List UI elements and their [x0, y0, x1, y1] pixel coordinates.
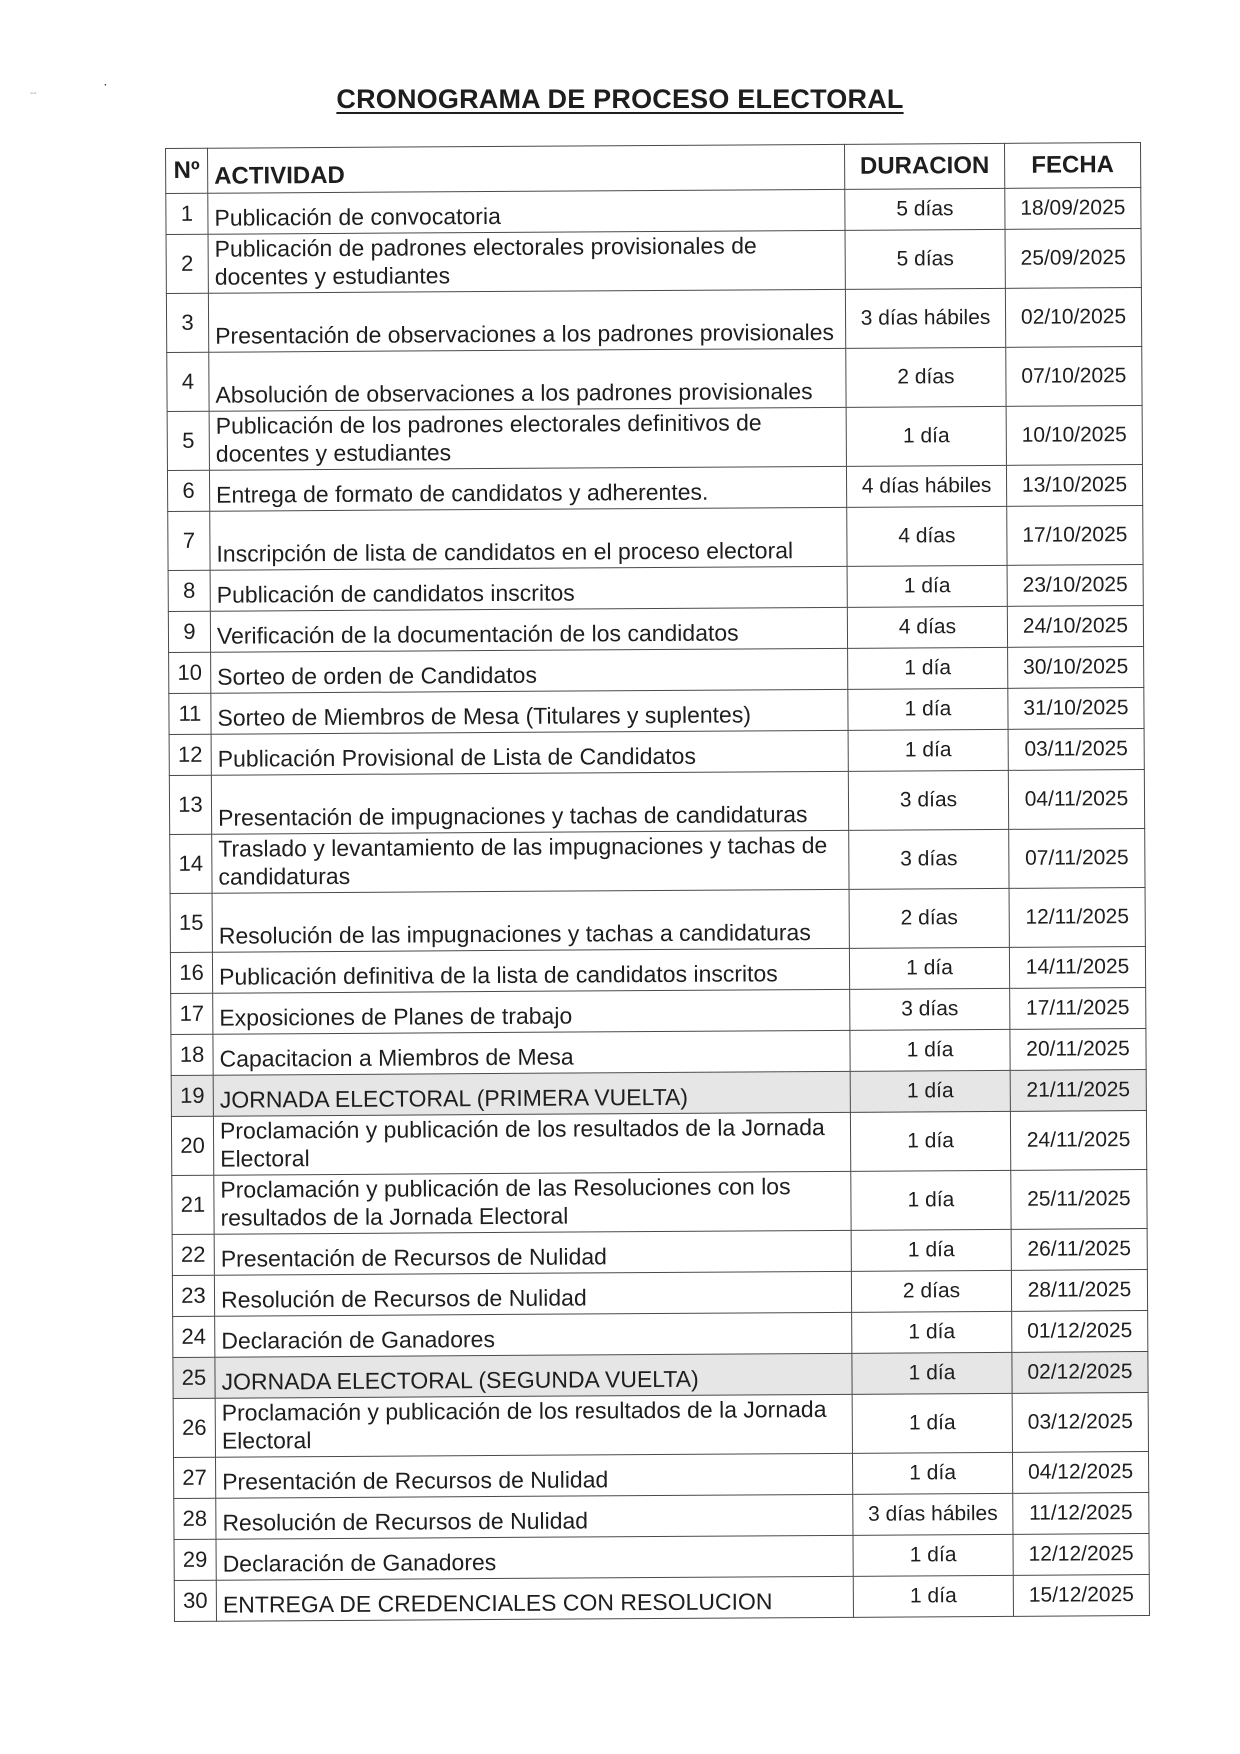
row-date: 12/12/2025	[1013, 1534, 1149, 1576]
row-date: 14/11/2025	[1009, 947, 1145, 989]
table-row: 26Proclamación y publicación de los resu…	[173, 1393, 1148, 1458]
row-date: 26/11/2025	[1011, 1229, 1147, 1271]
row-number: 26	[173, 1398, 215, 1457]
row-duration: 1 día	[849, 947, 1009, 989]
row-number: 12	[169, 734, 211, 775]
row-number: 6	[167, 470, 209, 511]
row-activity: Proclamación y publicación de las Resolu…	[214, 1171, 851, 1234]
row-activity: Traslado y levantamiento de las impugnac…	[212, 830, 849, 893]
row-date: 28/11/2025	[1011, 1270, 1147, 1312]
row-duration: 2 días	[851, 1270, 1011, 1312]
row-number: 7	[168, 511, 210, 570]
row-duration: 1 día	[848, 688, 1008, 730]
row-number: 11	[169, 693, 211, 734]
row-date: 03/12/2025	[1012, 1393, 1148, 1453]
row-date: 10/10/2025	[1006, 406, 1142, 466]
row-activity: Absolución de observaciones a los padron…	[209, 348, 846, 411]
row-duration: 1 día	[852, 1393, 1012, 1453]
row-duration: 1 día	[850, 1029, 1010, 1071]
row-activity: Proclamación y publicación de los result…	[215, 1394, 852, 1457]
table-row: 2Publicación de padrones electorales pro…	[166, 229, 1141, 294]
row-date: 18/09/2025	[1005, 188, 1141, 230]
row-duration: 1 día	[851, 1229, 1011, 1271]
row-activity: Presentación de impugnaciones y tachas d…	[211, 771, 848, 834]
row-activity: Publicación de convocatoria	[208, 189, 845, 234]
row-duration: 4 días	[847, 506, 1007, 566]
table-row: 13Presentación de impugnaciones y tachas…	[169, 770, 1144, 835]
table-row: 17Exposiciones de Planes de trabajo3 día…	[171, 988, 1146, 1035]
row-activity: Publicación de padrones electorales prov…	[208, 230, 845, 293]
row-duration: 1 día	[853, 1575, 1013, 1617]
row-number: 28	[174, 1498, 216, 1539]
row-number: 18	[171, 1034, 213, 1075]
row-duration: 2 días	[849, 888, 1009, 948]
table-row: 1Publicación de convocatoria5 días18/09/…	[166, 188, 1141, 235]
row-activity: Inscripción de lista de candidatos en el…	[210, 507, 847, 570]
table-row: 29Declaración de Ganadores1 día12/12/202…	[174, 1534, 1149, 1581]
row-number: 27	[173, 1457, 215, 1498]
row-number: 21	[172, 1175, 214, 1234]
row-activity: Publicación Provisional de Lista de Cand…	[211, 730, 848, 775]
row-number: 19	[171, 1075, 213, 1116]
row-activity: Sorteo de orden de Candidatos	[211, 648, 848, 693]
row-date: 15/12/2025	[1013, 1575, 1149, 1617]
row-duration: 4 días hábiles	[846, 465, 1006, 507]
row-duration: 1 día	[852, 1311, 1012, 1353]
row-activity: Sorteo de Miembros de Mesa (Titulares y …	[211, 689, 848, 734]
table-row-highlighted: 19JORNADA ELECTORAL (PRIMERA VUELTA)1 dí…	[171, 1070, 1146, 1117]
document-title: CRONOGRAMA DE PROCESO ELECTORAL	[336, 84, 903, 114]
row-number: 15	[170, 893, 212, 952]
table-row: 30ENTREGA DE CREDENCIALES CON RESOLUCION…	[174, 1575, 1149, 1622]
row-number: 17	[171, 993, 213, 1034]
row-activity: Publicación de los padrones electorales …	[209, 407, 846, 470]
table-row: 24Declaración de Ganadores1 día01/12/202…	[173, 1311, 1148, 1358]
row-activity: Presentación de Recursos de Nulidad	[214, 1230, 851, 1275]
row-date: 12/11/2025	[1009, 888, 1145, 948]
row-number: 4	[167, 352, 209, 411]
row-duration: 1 día	[852, 1352, 1012, 1394]
table-row-highlighted: 25JORNADA ELECTORAL (SEGUNDA VUELTA)1 dí…	[173, 1352, 1148, 1399]
row-activity: Resolución de Recursos de Nulidad	[214, 1271, 851, 1316]
table-row: 18Capacitacion a Miembros de Mesa1 día20…	[171, 1029, 1146, 1076]
row-number: 30	[174, 1580, 216, 1621]
table-row: 6Entrega de formato de candidatos y adhe…	[167, 465, 1142, 512]
table-row: 4Absolución de observaciones a los padro…	[167, 347, 1142, 412]
table-row: 14Traslado y levantamiento de las impugn…	[170, 829, 1145, 894]
row-duration: 1 día	[848, 729, 1008, 771]
row-duration: 2 días	[846, 347, 1006, 407]
row-duration: 4 días	[847, 606, 1007, 648]
table-header-row: Nº ACTIVIDAD DURACION FECHA	[166, 143, 1141, 194]
header-date: FECHA	[1004, 143, 1140, 189]
row-date: 04/11/2025	[1008, 770, 1144, 830]
row-number: 3	[166, 293, 208, 352]
row-activity: Presentación de Recursos de Nulidad	[215, 1453, 852, 1498]
row-activity: Entrega de formato de candidatos y adher…	[209, 466, 846, 511]
row-number: 25	[173, 1357, 215, 1398]
row-duration: 3 días hábiles	[853, 1493, 1013, 1535]
row-number: 10	[169, 652, 211, 693]
row-date: 25/11/2025	[1011, 1170, 1147, 1230]
row-number: 24	[173, 1316, 215, 1357]
row-date: 03/11/2025	[1008, 729, 1144, 771]
row-duration: 1 día	[850, 1111, 1010, 1171]
table-row: 12Publicación Provisional de Lista de Ca…	[169, 729, 1144, 776]
row-activity: ENTREGA DE CREDENCIALES CON RESOLUCION	[216, 1576, 853, 1621]
row-duration: 1 día	[852, 1452, 1012, 1494]
row-activity: Resolución de las impugnaciones y tachas…	[212, 889, 849, 952]
table-row: 8Publicación de candidatos inscritos1 dí…	[168, 565, 1143, 612]
header-duration: DURACION	[844, 143, 1004, 189]
table-row: 15Resolución de las impugnaciones y tach…	[170, 888, 1145, 953]
row-activity: JORNADA ELECTORAL (SEGUNDA VUELTA)	[215, 1353, 852, 1398]
table-row: 10Sorteo de orden de Candidatos1 día30/1…	[169, 647, 1144, 694]
row-activity: Resolución de Recursos de Nulidad	[216, 1494, 853, 1539]
row-duration: 1 día	[848, 647, 1008, 689]
row-activity: Verificación de la documentación de los …	[210, 607, 847, 652]
table-row: 20Proclamación y publicación de los resu…	[171, 1111, 1146, 1176]
header-number: Nº	[166, 148, 208, 193]
row-duration: 1 día	[846, 406, 1006, 466]
row-date: 02/12/2025	[1012, 1352, 1148, 1394]
row-date: 17/11/2025	[1010, 988, 1146, 1030]
row-number: 14	[170, 834, 212, 893]
row-duration: 3 días	[850, 988, 1010, 1030]
document-title-container: CRONOGRAMA DE PROCESO ELECTORAL	[0, 84, 1240, 115]
row-duration: 1 día	[851, 1170, 1011, 1230]
row-duration: 5 días	[845, 229, 1005, 289]
row-activity: Exposiciones de Planes de trabajo	[213, 989, 850, 1034]
row-activity: Capacitacion a Miembros de Mesa	[213, 1030, 850, 1075]
row-activity: Declaración de Ganadores	[216, 1535, 853, 1580]
row-activity: Declaración de Ganadores	[215, 1312, 852, 1357]
row-date: 31/10/2025	[1008, 688, 1144, 730]
row-duration: 3 días hábiles	[845, 288, 1005, 348]
row-date: 20/11/2025	[1010, 1029, 1146, 1071]
row-duration: 1 día	[853, 1534, 1013, 1576]
row-number: 8	[168, 570, 210, 611]
row-date: 07/11/2025	[1009, 829, 1145, 889]
row-date: 30/10/2025	[1008, 647, 1144, 689]
row-date: 24/11/2025	[1010, 1111, 1146, 1171]
row-activity: Publicación definitiva de la lista de ca…	[212, 948, 849, 993]
row-date: 02/10/2025	[1005, 288, 1141, 348]
row-duration: 1 día	[847, 565, 1007, 607]
row-number: 1	[166, 193, 208, 234]
table-row: 7Inscripción de lista de candidatos en e…	[168, 506, 1143, 571]
row-duration: 3 días	[848, 770, 1008, 830]
row-number: 23	[172, 1275, 214, 1316]
row-date: 17/10/2025	[1007, 506, 1143, 566]
row-date: 23/10/2025	[1007, 565, 1143, 607]
row-number: 13	[169, 775, 211, 834]
row-number: 5	[167, 411, 209, 470]
table-row: 3Presentación de observaciones a los pad…	[166, 288, 1141, 353]
table-row: 28Resolución de Recursos de Nulidad3 día…	[174, 1493, 1149, 1540]
table-row: 23Resolución de Recursos de Nulidad2 día…	[172, 1270, 1147, 1317]
row-number: 29	[174, 1539, 216, 1580]
table-row: 16Publicación definitiva de la lista de …	[170, 947, 1145, 994]
table-row: 11Sorteo de Miembros de Mesa (Titulares …	[169, 688, 1144, 735]
row-duration: 1 día	[850, 1070, 1010, 1112]
table-row: 21Proclamación y publicación de las Reso…	[172, 1170, 1147, 1235]
schedule-table: Nº ACTIVIDAD DURACION FECHA 1Publicación…	[165, 142, 1150, 1622]
row-number: 20	[171, 1116, 213, 1175]
row-date: 21/11/2025	[1010, 1070, 1146, 1112]
table-row: 27Presentación de Recursos de Nulidad1 d…	[173, 1452, 1148, 1499]
row-number: 2	[166, 234, 208, 293]
row-activity: Publicación de candidatos inscritos	[210, 566, 847, 611]
table-row: 9Verificación de la documentación de los…	[168, 606, 1143, 653]
row-date: 04/12/2025	[1012, 1452, 1148, 1494]
row-number: 9	[168, 611, 210, 652]
row-date: 25/09/2025	[1005, 229, 1141, 289]
row-number: 22	[172, 1234, 214, 1275]
row-duration: 3 días	[849, 829, 1009, 889]
row-date: 11/12/2025	[1013, 1493, 1149, 1535]
table-row: 5Publicación de los padrones electorales…	[167, 406, 1142, 471]
row-number: 16	[170, 952, 212, 993]
header-activity: ACTIVIDAD	[208, 144, 845, 193]
row-date: 24/10/2025	[1007, 606, 1143, 648]
row-date: 01/12/2025	[1012, 1311, 1148, 1353]
row-date: 13/10/2025	[1006, 465, 1142, 507]
row-date: 07/10/2025	[1006, 347, 1142, 407]
row-activity: JORNADA ELECTORAL (PRIMERA VUELTA)	[213, 1071, 850, 1116]
row-duration: 5 días	[845, 188, 1005, 230]
schedule-table-body: 1Publicación de convocatoria5 días18/09/…	[166, 188, 1150, 1622]
table-row: 22Presentación de Recursos de Nulidad1 d…	[172, 1229, 1147, 1276]
row-activity: Proclamación y publicación de los result…	[213, 1112, 850, 1175]
row-activity: Presentación de observaciones a los padr…	[208, 289, 845, 352]
